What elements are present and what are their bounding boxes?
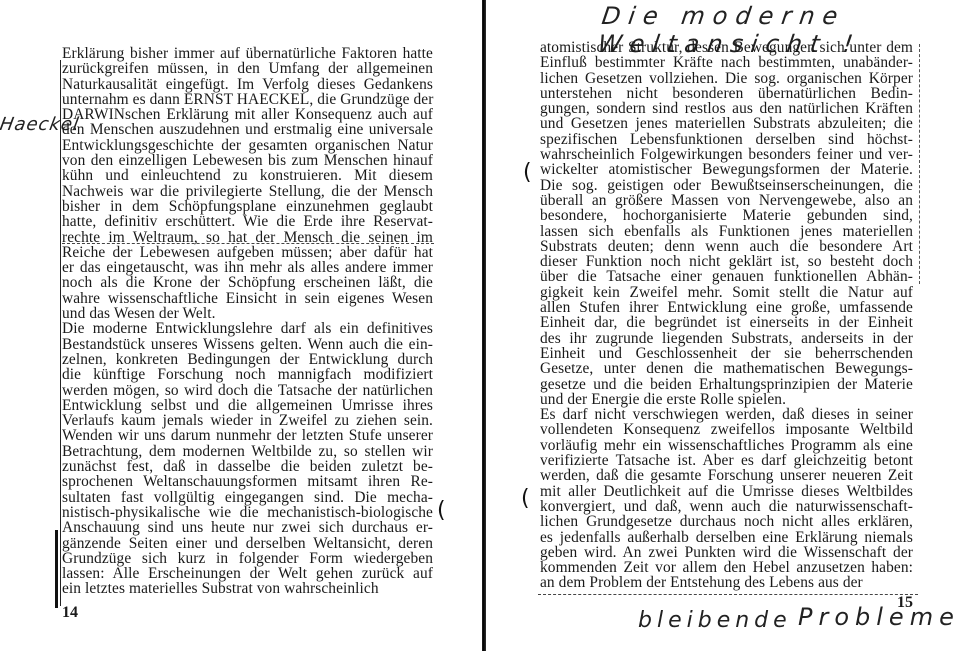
text-line: Verlaufs kaum jemals wieder in Zweifel z… [62,413,433,428]
text-line: und das Wesen der Welt. [62,306,433,321]
text-line: besondere, hochorganisierte Materie gebu… [540,208,913,223]
text-line: DARWINschen Erklärung mit aller Konseque… [62,107,433,122]
text-line: Substrats deuten; denn wenn auch die bes… [540,239,913,254]
text-line: Grundzüge sich kurz in folgender Form wi… [62,551,433,566]
text-line: zunächst fest, daß in dasselbe die beide… [62,459,433,474]
text-line: Naturkausalität eingefügt. Im Verfolg di… [62,77,433,92]
text-line: Wenden wir uns darum nunmehr der letzten… [62,428,433,443]
text-line: und Gesetzen jenes materiellen Substrats… [540,116,913,131]
text-line: den Menschen auszudehnen und erstmalig e… [62,122,433,137]
text-line: rechte im Weltraum, so hat der Mensch di… [62,230,433,245]
text-line: vorläufig mehr ein wissenschaftliches Pr… [540,438,913,453]
margin-bracket-heavy-mark [55,530,58,608]
text-line: Einfluß bestimmter Kräfte nach bestimmte… [540,55,913,70]
text-line: allen Stufen ihrer Entwicklung eine groß… [540,300,913,315]
text-line: unterstehen nicht besonderen übernatürli… [540,86,913,101]
text-line: Die moderne Entwicklungslehre darf als e… [62,321,433,336]
underline-mark [538,594,918,595]
text-line: konvergiert, und daß, wenn auch die natu… [540,499,913,514]
text-line: die künftige Forschung noch mannigfach m… [62,367,433,382]
margin-bracket-mark [60,60,61,606]
left-page-body-text: Erklärung bisher immer auf übernatürlich… [62,46,433,597]
text-line: gesetze und die beiden Erhaltungsprinzip… [540,377,913,392]
text-line: Anschauung sind uns heute nur zwei sich … [62,520,433,535]
text-line: kühn und einleuchtend zu konstruieren. M… [62,168,433,183]
text-line: lichen Gesetzen vollziehen. Die sog. org… [540,71,913,86]
text-line: werden, daß die gesamte Forschung unsere… [540,468,913,483]
text-line: atomistischer Struktur, dessen Bewegunge… [540,40,913,55]
text-line: vollendeten Konsequenz zweifellos imposa… [540,422,913,437]
text-line: Entwicklung selbst und die allgemeinen U… [62,398,433,413]
text-line: lichen Grundgesetze durchaus noch nicht … [540,514,913,529]
text-line: Einheit dar, die begründet ist einerseit… [540,315,913,330]
text-line: und der Energie die erste Rolle spielen. [540,392,913,407]
text-line: Es darf nicht verschwiegen werden, daß d… [540,407,913,422]
text-line: wahrscheinlich Folgewirkungen besonders … [540,147,913,162]
text-line: Betrachtung, dem modernen Weltbilde zu, … [62,444,433,459]
text-line: geben wird. An zwei Punkten wird die Wis… [540,545,913,560]
text-line: Einheit und Geschlossenheit der sie behe… [540,346,913,361]
text-line: bisher in dem Schöpfungsplane einzunehme… [62,199,433,214]
text-line: dieser Funktion noch nicht geklärt ist, … [540,254,913,269]
page-number-left: 14 [62,604,78,622]
text-line: sultaten fast vollgültig eingegangen sin… [62,490,433,505]
text-line: wahre wissenschaftliche Einsicht in sein… [62,291,433,306]
right-page-body-text: atomistischer Struktur, dessen Bewegunge… [540,40,913,591]
page-number-right: 15 [897,594,913,612]
text-line: lassen sich ebenfalls als Funktionen jen… [540,224,913,239]
margin-parenthesis-mark: ( [437,498,446,523]
margin-parenthesis-mark: ( [523,160,532,185]
text-line: kommenden Zeit vor allem den Hebel anzus… [540,560,913,575]
text-line: Gesetze, unter denen die mathematischen … [540,361,913,376]
margin-parenthesis-mark: ( [521,486,530,511]
text-line: noch als die Krone der Schöpfung erschei… [62,275,433,290]
text-line: verifizierte Tatsache ist. Aber es darf … [540,453,913,468]
text-line: an dem Problem der Entstehung des Lebens… [540,575,913,590]
text-line: Reiche der Lebewesen aufgeben müssen; ab… [62,245,433,260]
text-line: spezifischen Lebensfunktionen derselben … [540,132,913,147]
text-line: gänzende Seiten einer und derselben Welt… [62,536,433,551]
text-line: zurückgreifen müssen, in den Umfang der … [62,61,433,76]
text-line: hatte, definitiv erschüttert. Wie die Er… [62,214,433,229]
text-line: sprochenen Weltanschauungsformen mitsamt… [62,474,433,489]
handwritten-note-bleibende: bleibende [638,608,792,633]
text-line: Entwicklungsgeschichte der gesamten orga… [62,138,433,153]
text-line: wickelter atomistischer Bewegungsformen … [540,162,913,177]
text-line: lassen: Alle Erscheinungen der Welt gehe… [62,566,433,581]
text-line: überall an größere Massen von Nervengewe… [540,193,913,208]
handwritten-note-probleme: Probleme [798,603,960,631]
text-line: gigkeit kein Zweifel mehr. Somit stellt … [540,285,913,300]
text-line: unternahm es dann ERNST HAECKEL, die Gru… [62,92,433,107]
text-line: über die Tatsache einer genauen funktion… [540,269,913,284]
text-line: gungen, sondern sind restlos aus den nat… [540,101,913,116]
text-line: mit aller Deutlichkeit auf die Umrisse d… [540,484,913,499]
text-line: werden mögen, so wird doch die Tatsache … [62,383,433,398]
text-line: ein letztes materielles Substrat von wah… [62,581,433,596]
right-margin-dashed-mark [919,44,920,284]
text-line: des ihr zugrunde liegenden Substrats, an… [540,331,913,346]
text-line: nistisch-physikalische wie die mechanist… [62,505,433,520]
text-line: Nachweis war die privilegierte Stellung,… [62,184,433,199]
text-line: zelnen, konkreten Bedingungen der Entwic… [62,352,433,367]
text-line: es jedenfalls außerhalb derselben eine E… [540,530,913,545]
text-line: von den einzelligen Lebewesen bis zum Me… [62,153,433,168]
text-line: Die sog. geistigen oder Bewußtseinsersch… [540,178,913,193]
text-line: er das eingetauscht, was ihn mehr als al… [62,260,433,275]
text-line: Erklärung bisher immer auf übernatürlich… [62,46,433,61]
text-line: Bestandstück unseres Wissens gelten. Wen… [62,337,433,352]
